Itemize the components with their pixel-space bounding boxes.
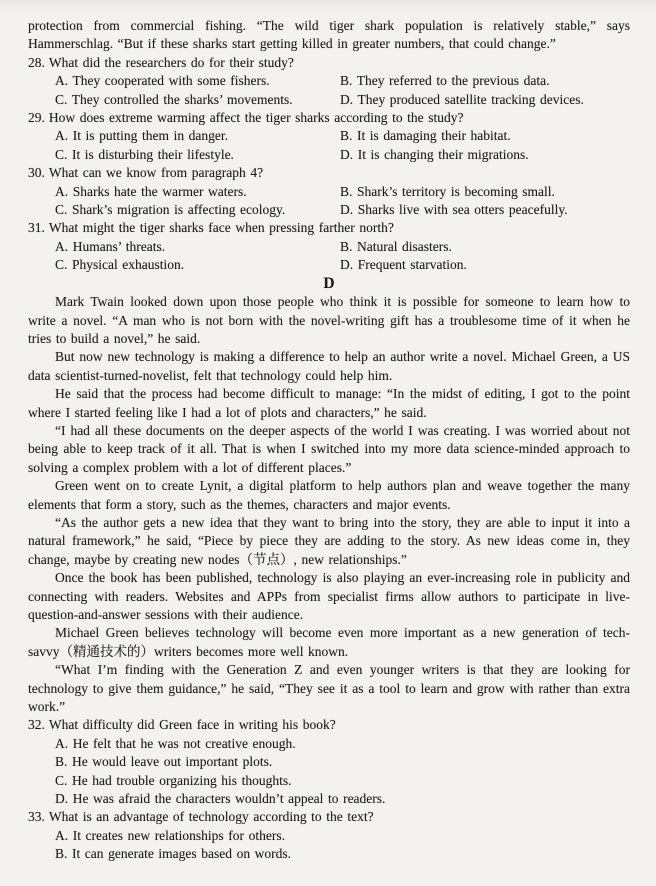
passage-d-paragraph: “As the author gets a new idea that they… [28,514,630,569]
option: A. Sharks hate the warmer waters. [55,183,340,201]
question-28: 28.What did the researchers do for their… [28,54,630,109]
option: B. He would leave out important plots. [55,753,630,771]
question-text: How does extreme warming affect the tige… [49,110,464,125]
option: B. It can generate images based on words… [55,845,630,863]
passage-d-paragraph: Green went on to create Lynit, a digital… [28,477,630,514]
question-31: 31.What might the tiger sharks face when… [28,219,630,274]
option: C. It is disturbing their lifestyle. [55,146,340,164]
passage-d-paragraph: Mark Twain looked down upon those people… [28,293,630,348]
option: C. Physical exhaustion. [55,256,340,274]
question-number: 28. [28,55,49,70]
option: B. Shark’s territory is becoming small. [340,183,630,201]
option: A. They cooperated with some fishers. [55,72,340,90]
option: A. He felt that he was not creative enou… [55,735,630,753]
options: A. It is putting them in danger.B. It is… [28,127,630,164]
passage-d-paragraph: Once the book has been published, techno… [28,569,630,624]
option: C. He had trouble organizing his thought… [55,772,630,790]
options: A. He felt that he was not creative enou… [28,735,630,809]
question-text: What can we know from paragraph 4? [49,165,263,180]
option: C. Shark’s migration is affecting ecolog… [55,201,340,219]
option: D. Frequent starvation. [340,256,630,274]
question-stem: 31.What might the tiger sharks face when… [28,219,630,237]
question-text: What is an advantage of technology accor… [49,809,374,824]
passage-c-ending: protection from commercial fishing. “The… [28,17,630,54]
question-number: 30. [28,165,49,180]
questions-28-31: 28.What did the researchers do for their… [28,54,630,275]
option: A. Humans’ threats. [55,238,340,256]
passage-d-paragraph: He said that the process had become diff… [28,385,630,422]
questions-32-33: 32.What difficulty did Green face in wri… [28,716,630,863]
question-text: What did the researchers do for their st… [49,55,294,70]
question-32: 32.What difficulty did Green face in wri… [28,716,630,808]
option: D. They produced satellite tracking devi… [340,91,630,109]
option: C. They controlled the sharks’ movements… [55,91,340,109]
question-text: What difficulty did Green face in writin… [49,717,336,732]
question-text: What might the tiger sharks face when pr… [49,220,394,235]
passage-d-paragraph: Michael Green believes technology will b… [28,624,630,661]
question-stem: 29.How does extreme warming affect the t… [28,109,630,127]
option: B. They referred to the previous data. [340,72,630,90]
question-29: 29.How does extreme warming affect the t… [28,109,630,164]
passage-d-paragraph: “What I’m finding with the Generation Z … [28,661,630,716]
question-number: 29. [28,110,49,125]
option: D. He was afraid the characters wouldn’t… [55,790,630,808]
section-d-header: D [28,275,630,293]
question-30: 30.What can we know from paragraph 4?A. … [28,164,630,219]
option: A. It creates new relationships for othe… [55,827,630,845]
passage-d-paragraph: But now new technology is making a diffe… [28,348,630,385]
option: B. Natural disasters. [340,238,630,256]
question-stem: 33.What is an advantage of technology ac… [28,808,630,826]
exam-page: protection from commercial fishing. “The… [0,0,656,886]
question-number: 31. [28,220,49,235]
passage-d: Mark Twain looked down upon those people… [28,293,630,716]
question-stem: 28.What did the researchers do for their… [28,54,630,72]
options: A. It creates new relationships for othe… [28,827,630,864]
option: D. It is changing their migrations. [340,146,630,164]
question-stem: 30.What can we know from paragraph 4? [28,164,630,182]
options: A. Humans’ threats.B. Natural disasters.… [28,238,630,275]
option: D. Sharks live with sea otters peacefull… [340,201,630,219]
option: B. It is damaging their habitat. [340,127,630,145]
passage-d-paragraph: “I had all these documents on the deeper… [28,422,630,477]
question-33: 33.What is an advantage of technology ac… [28,808,630,863]
question-stem: 32.What difficulty did Green face in wri… [28,716,630,734]
options: A. They cooperated with some fishers.B. … [28,72,630,109]
options: A. Sharks hate the warmer waters.B. Shar… [28,183,630,220]
question-number: 32. [28,717,49,732]
option: A. It is putting them in danger. [55,127,340,145]
question-number: 33. [28,809,49,824]
